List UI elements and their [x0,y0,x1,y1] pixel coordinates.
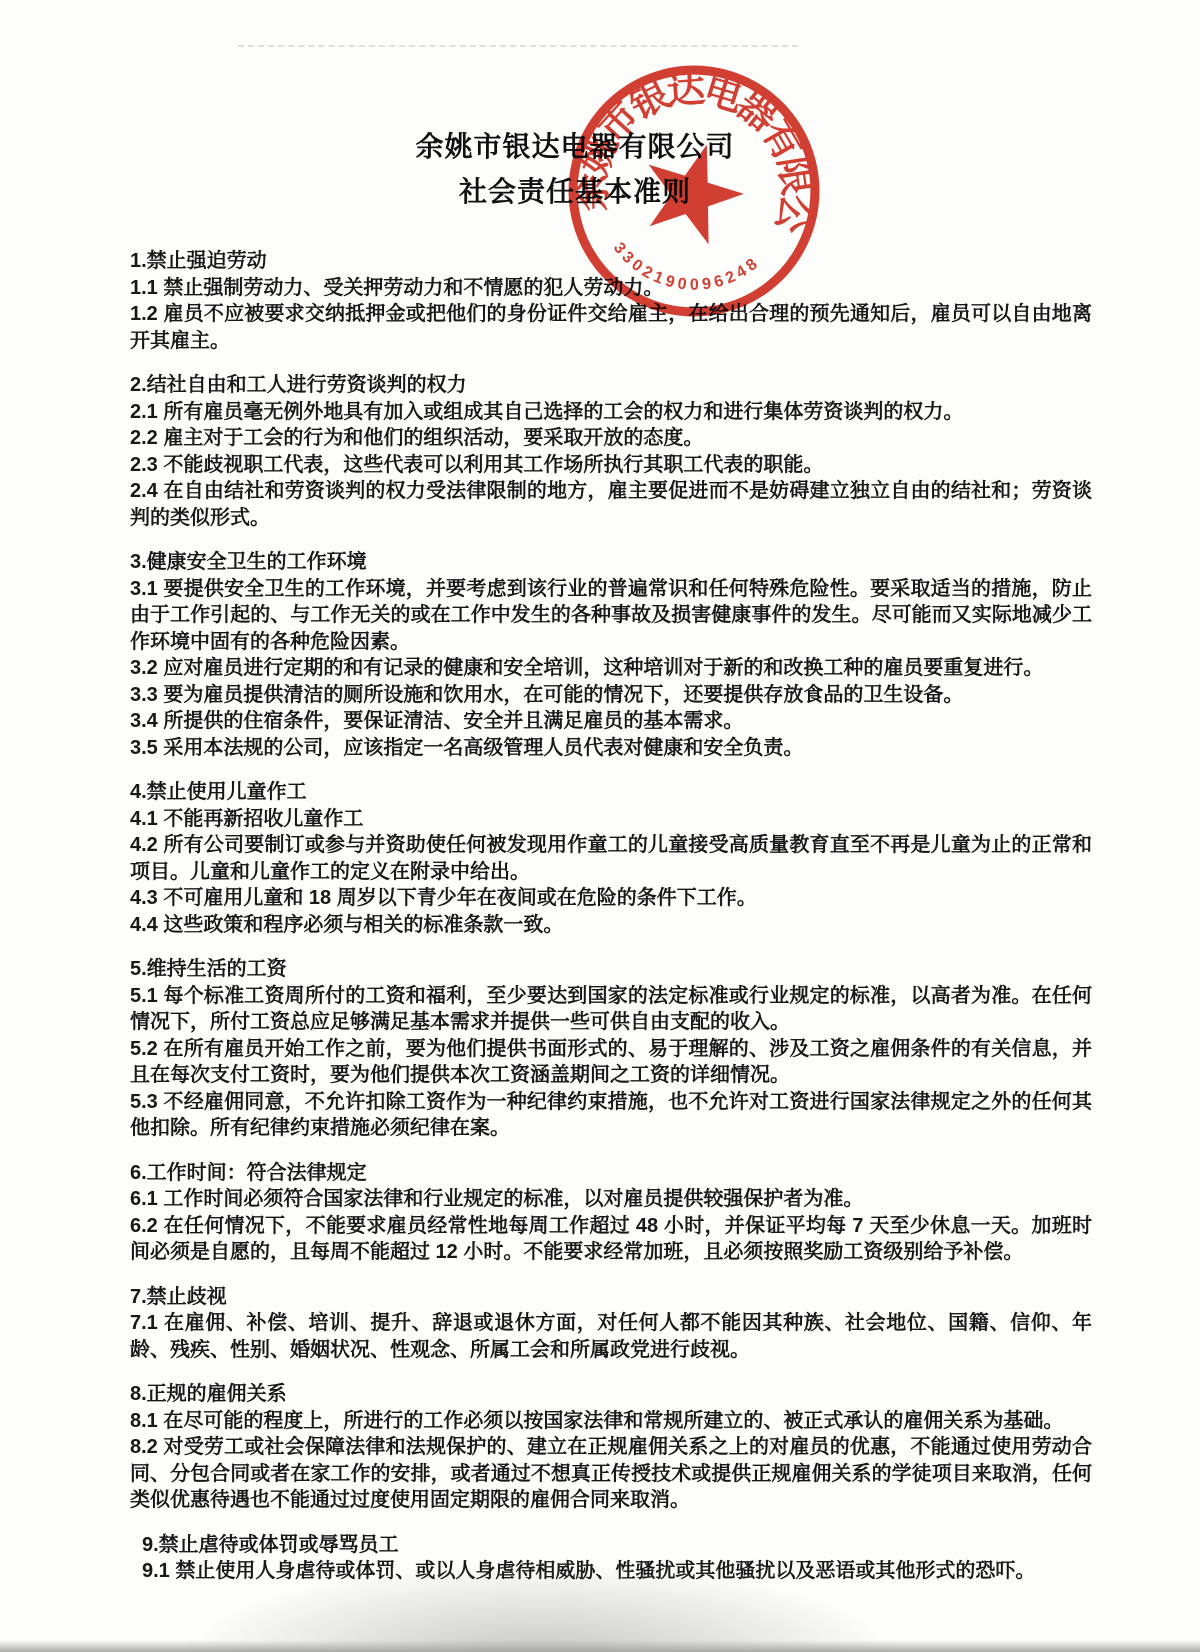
section-item: 2.1 所有雇员毫无例外地具有加入或组成其自己选择的工会的权力和进行集体劳资谈判… [130,399,1092,426]
section-7-discrimination: 7.禁止歧视 7.1 在雇佣、补偿、培训、提升、辞退或退休方面，对任何人都不能因… [130,1284,1092,1364]
section-item: 4.2 所有公司要制订或参与并资助使任何被发现用作童工的儿童接受高质量教育直至不… [130,832,1092,885]
section-8-regular-employment: 8.正规的雇佣关系 8.1 在尽可能的程度上，所进行的工作必须以按国家法律和常规… [130,1381,1092,1514]
section-item: 3.4 所提供的住宿条件，要保证清洁、安全并且满足雇员的基本需求。 [130,708,1092,735]
section-item: 3.3 要为雇员提供清洁的厕所设施和饮用水，在可能的情况下，还要提供存放食品的卫… [130,682,1092,709]
section-item: 5.2 在所有雇员开始工作之前，要为他们提供书面形式的、易于理解的、涉及工资之雇… [130,1036,1092,1089]
section-heading: 7.禁止歧视 [130,1284,1092,1311]
section-item: 3.1 要提供安全卫生的工作环境，并要考虑到该行业的普遍常识和任何特殊危险性。要… [130,576,1092,656]
section-heading: 4.禁止使用儿童作工 [130,779,1092,806]
section-item: 2.3 不能歧视职工代表，这些代表可以利用其工作场所执行其职工代表的职能。 [130,452,1092,479]
section-2-freedom-of-association: 2.结社自由和工人进行劳资谈判的权力 2.1 所有雇员毫无例外地具有加入或组成其… [130,372,1092,531]
section-4-child-labor: 4.禁止使用儿童作工 4.1 不能再新招收儿童作工 4.2 所有公司要制订或参与… [130,779,1092,938]
section-item: 2.2 雇主对于工会的行为和他们的组织活动，要采取开放的态度。 [130,425,1092,452]
section-3-health-safety: 3.健康安全卫生的工作环境 3.1 要提供安全卫生的工作环境，并要考虑到该行业的… [130,549,1092,761]
scanned-document-page: 余姚市银达电器有限公司 社会责任基本准则 1.禁止强迫劳动 1.1 禁止强制劳动… [0,0,1200,1652]
section-heading: 5.维持生活的工资 [130,956,1092,983]
section-item: 6.1 工作时间必须符合国家法律和行业规定的标准，以对雇员提供较强保护者为准。 [130,1186,1092,1213]
section-item: 3.2 应对雇员进行定期的和有记录的健康和安全培训，这种培训对于新的和改换工种的… [130,655,1092,682]
section-6-working-hours: 6.工作时间：符合法律规定 6.1 工作时间必须符合国家法律和行业规定的标准，以… [130,1160,1092,1266]
section-item: 4.4 这些政策和程序必须与相关的标准条款一致。 [130,912,1092,939]
section-item: 4.3 不可雇用儿童和 18 周岁以下青少年在夜间或在危险的条件下工作。 [130,885,1092,912]
company-seal: 余姚市银达电器有限公司 3302190096248 [563,60,825,322]
section-heading: 2.结社自由和工人进行劳资谈判的权力 [130,372,1092,399]
section-item: 3.5 采用本法规的公司，应该指定一名高级管理人员代表对健康和安全负责。 [130,735,1092,762]
section-heading: 6.工作时间：符合法律规定 [130,1160,1092,1187]
section-item: 8.1 在尽可能的程度上，所进行的工作必须以按国家法律和常规所建立的、被正式承认… [130,1408,1092,1435]
section-5-living-wage: 5.维持生活的工资 5.1 每个标准工资周所付的工资和福利，至少要达到国家的法定… [130,956,1092,1142]
section-item: 5.3 不经雇佣同意，不允许扣除工资作为一种纪律约束措施，也不允许对工资进行国家… [130,1089,1092,1142]
section-heading: 8.正规的雇佣关系 [130,1381,1092,1408]
scan-artifact-line [238,45,798,47]
section-heading: 9.禁止虐待或体罚或辱骂员工 [142,1532,1092,1559]
scan-edge-band [0,1640,1200,1652]
section-item: 4.1 不能再新招收儿童作工 [130,806,1092,833]
section-item: 7.1 在雇佣、补偿、培训、提升、辞退或退休方面，对任何人都不能因其种族、社会地… [130,1310,1092,1363]
star-icon [631,130,754,250]
section-9-abuse-prohibition: 9.禁止虐待或体罚或辱骂员工 9.1 禁止使用人身虐待或体罚、或以人身虐待相威胁… [130,1532,1092,1585]
section-item: 8.2 对受劳工或社会保障法律和法规保护的、建立在正规雇佣关系之上的对雇员的优惠… [130,1434,1092,1514]
section-item: 9.1 禁止使用人身虐待或体罚、或以人身虐待相威胁、性骚扰或其他骚扰以及恶语或其… [142,1558,1092,1585]
section-item: 5.1 每个标准工资周所付的工资和福利，至少要达到国家的法定标准或行业规定的标准… [130,983,1092,1036]
section-heading: 3.健康安全卫生的工作环境 [130,549,1092,576]
section-item: 6.2 在任何情况下，不能要求雇员经常性地每周工作超过 48 小时，并保证平均每… [130,1213,1092,1266]
section-item: 2.4 在自由结社和劳资谈判的权力受法律限制的地方，雇主要促进而不是妨碍建立独立… [130,478,1092,531]
document-body: 1.禁止强迫劳动 1.1 禁止强制劳动力、受关押劳动力和不情愿的犯人劳动力。 1… [130,248,1092,1603]
